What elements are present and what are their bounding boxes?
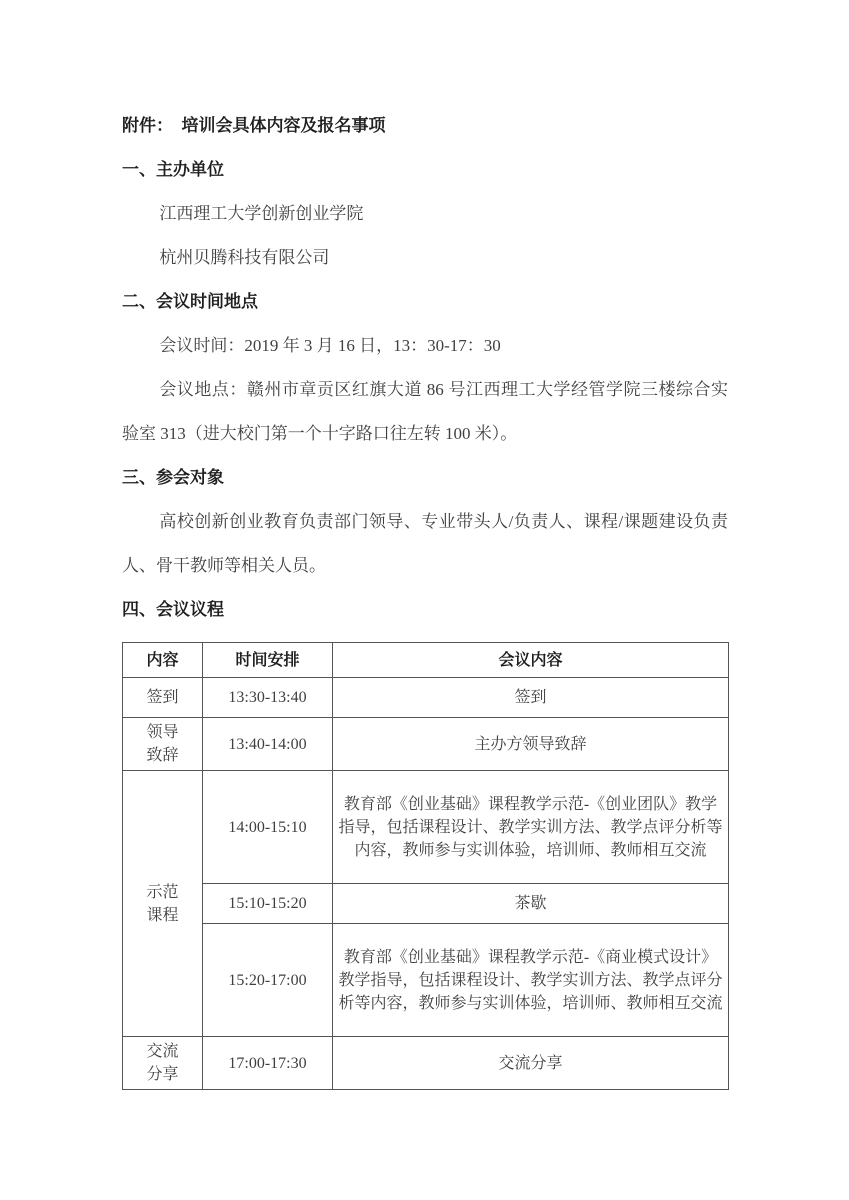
signin-time-cell: 13:30-13:40 [203,678,333,718]
tea-time-cell: 15:10-15:20 [203,884,333,924]
signin-label: 签到 [147,686,179,709]
share-content-cell: 交流分享 [123,1037,203,1090]
share-time-cell: 17:00-17:30 [203,1037,333,1090]
section-attendees-heading: 三、参会对象 [122,456,728,500]
table-row-share: 交流分享 17:00-17:30 交流分享 [123,1037,729,1090]
speech-label: 领导致辞 [147,721,179,767]
demo1-time-cell: 14:00-15:10 [203,771,333,884]
table-row-signin: 签到 13:30-13:40 签到 [123,678,729,718]
demo1-detail-cell: 教育部《创业基础》课程教学示范-《创业团队》教学指导，包括课程设计、教学实训方法… [333,771,729,884]
speech-content-cell: 领导致辞 [123,718,203,771]
share-label: 交流分享 [147,1040,179,1086]
speech-time-cell: 13:40-14:00 [203,718,333,771]
demo-content-cell: 示范课程 [123,771,203,1037]
signin-content-cell: 签到 [123,678,203,718]
demo2-detail-cell: 教育部《创业基础》课程教学示范-《商业模式设计》教学指导，包括课程设计、教学实训… [333,924,729,1037]
table-row-speech: 领导致辞 13:40-14:00 主办方领导致辞 [123,718,729,771]
table-row-demo2: 15:20-17:00 教育部《创业基础》课程教学示范-《商业模式设计》教学指导… [123,924,729,1037]
table-row-tea: 15:10-15:20 茶歇 [123,884,729,924]
attendees-text: 高校创新创业教育负责部门领导、专业带头人/负责人、课程/课题建设负责人、骨干教师… [122,500,728,588]
host-item-2: 杭州贝腾科技有限公司 [122,236,728,280]
section-agenda-heading: 四、会议议程 [122,588,728,632]
meeting-time-line: 会议时间：2019 年 3 月 16 日，13：30-17：30 [122,324,728,368]
meeting-place-line: 会议地点：赣州市章贡区红旗大道 86 号江西理工大学经管学院三楼综合实验室 31… [122,368,728,456]
header-time: 时间安排 [203,643,333,678]
table-row-demo1: 示范课程 14:00-15:10 教育部《创业基础》课程教学示范-《创业团队》教… [123,771,729,884]
header-detail: 会议内容 [333,643,729,678]
share-detail-cell: 交流分享 [333,1037,729,1090]
agenda-header-row: 内容 时间安排 会议内容 [123,643,729,678]
signin-detail-cell: 签到 [333,678,729,718]
document-page: 附件： 培训会具体内容及报名事项 一、主办单位 江西理工大学创新创业学院 杭州贝… [0,0,849,1200]
section-time-place-heading: 二、会议时间地点 [122,280,728,324]
header-content: 内容 [123,643,203,678]
attachment-heading: 附件： 培训会具体内容及报名事项 [122,104,728,148]
tea-detail-cell: 茶歇 [333,884,729,924]
demo-label: 示范课程 [147,881,179,927]
section-hosts-heading: 一、主办单位 [122,148,728,192]
demo2-time-cell: 15:20-17:00 [203,924,333,1037]
speech-detail-cell: 主办方领导致辞 [333,718,729,771]
agenda-table: 内容 时间安排 会议内容 签到 13:30-13:40 签到 领导致辞 13:4… [122,642,729,1090]
host-item-1: 江西理工大学创新创业学院 [122,192,728,236]
